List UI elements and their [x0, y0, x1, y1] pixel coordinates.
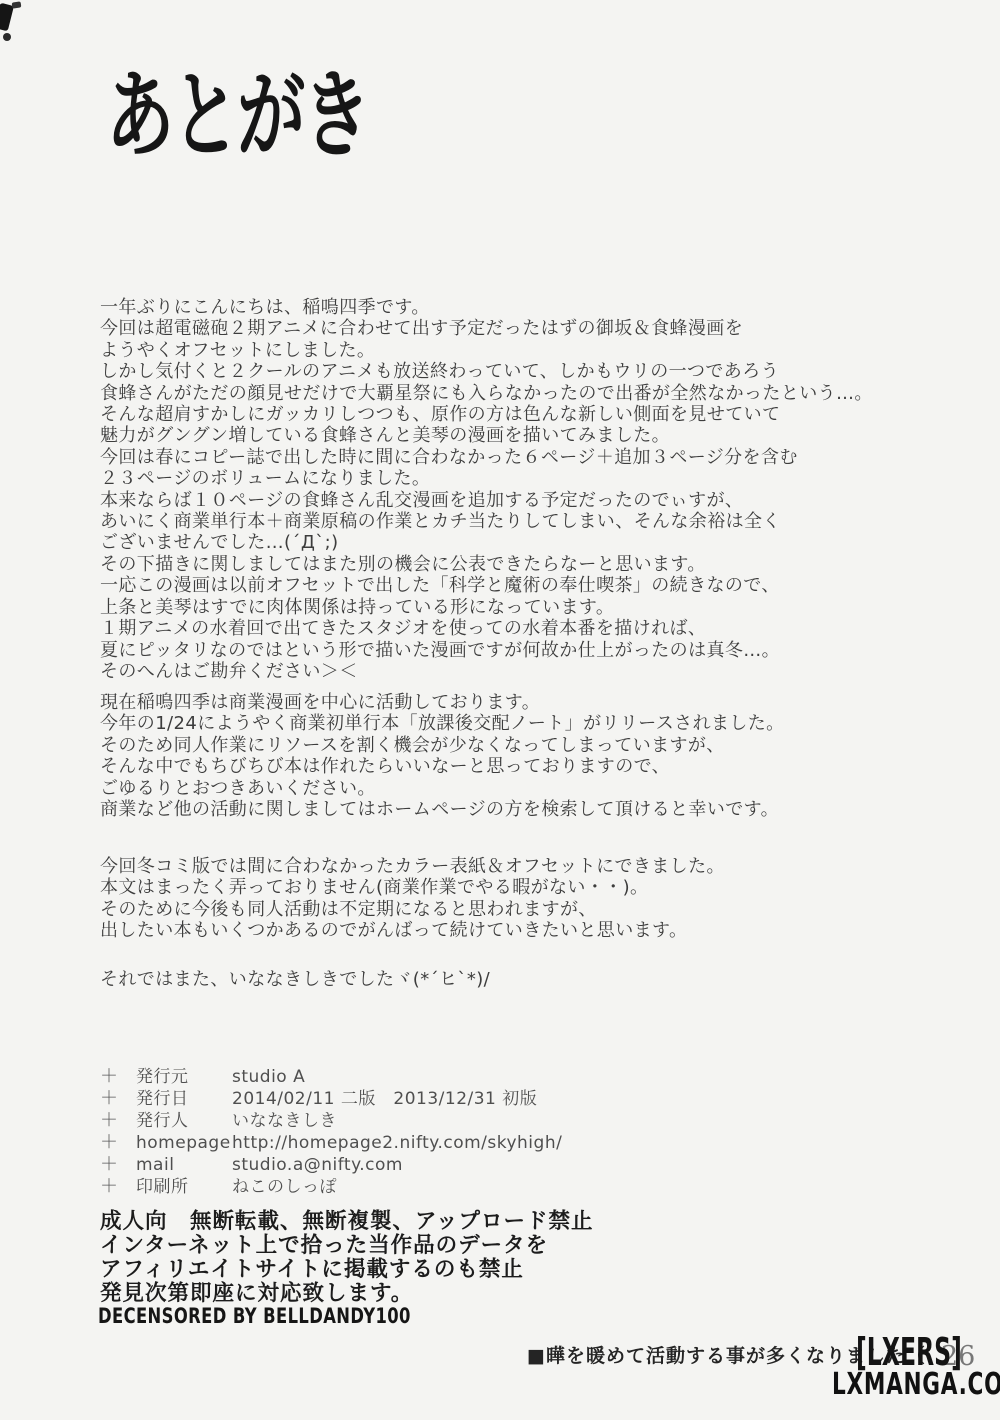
signoff-line: それではまた、いななきしきでしたヾ(*´ヒ`*)/	[100, 969, 960, 990]
colophon-label: homepage	[136, 1132, 232, 1154]
text-line: 魅力がグングン増している食蜂さんと美琴の漫画を描いてみました。	[100, 425, 960, 446]
warning-line: 発見次第即座に対応致します。	[100, 1282, 594, 1306]
text-line: ございませんでした…(´Д`;)	[100, 532, 960, 553]
colophon-row-homepage: ＋ homepage http://homepage2.nifty.com/sk…	[100, 1132, 562, 1154]
text-line: 商業など他の活動に関しましてはホームページの方を検索して頂けると幸いです。	[100, 799, 960, 820]
text-line: その下描きに関しましてはまた別の機会に公表できたらなーと思います。	[100, 554, 960, 575]
scanned-afterword-page: あとがき 一年ぶりにこんにちは、稲鳴四季です。 今回は超電磁砲２期アニメに合わせ…	[0, 0, 1000, 1420]
colophon-label: 発行日	[136, 1088, 232, 1110]
text-line: 上条と美琴はすでに肉体関係は持っている形になっています。	[100, 597, 960, 618]
scan-noise-mark	[12, 1, 22, 8]
afterword-paragraph-1: 一年ぶりにこんにちは、稲鳴四季です。 今回は超電磁砲２期アニメに合わせて出す予定…	[100, 297, 960, 682]
colophon-row-author: ＋ 発行人 いななきしき	[100, 1110, 562, 1132]
text-line: そんな超肩すかしにガッカリしつつも、原作の方は色んな新しい側面を見せていて	[100, 404, 960, 425]
warning-line: 成人向 無断転載、無断複製、アップロード禁止	[100, 1210, 594, 1234]
colophon: ＋ 発行元 studio A ＋ 発行日 2014/02/11 二版 2013/…	[100, 1066, 562, 1198]
text-line: 夏にピッタリなのではという形で描いた漫画ですが何故か仕上がったのは真冬…。	[100, 640, 960, 661]
text-line: 食蜂さんがただの顔見せだけで大覇星祭にも入らなかったので出番が全然なかったという…	[100, 383, 960, 404]
plus-bullet-icon: ＋	[100, 1066, 136, 1088]
text-line: そんな中でもちびちび本は作れたらいいなーと思っておりますので、	[100, 756, 960, 777]
colophon-label: mail	[136, 1154, 232, 1176]
page-title: あとがき	[106, 66, 368, 166]
colophon-row-printer: ＋ 印刷所 ねこのしっぽ	[100, 1176, 562, 1198]
colophon-value: studio A	[232, 1066, 305, 1088]
text-line: 今回冬コミ版では間に合わなかったカラー表紙＆オフセットにできました。	[100, 856, 960, 877]
plus-bullet-icon: ＋	[100, 1110, 136, 1132]
text-line: 一応この漫画は以前オフセットで出した「科学と魔術の奉仕喫茶」の続きなので、	[100, 575, 960, 596]
colophon-row-mail: ＋ mail studio.a@nifty.com	[100, 1154, 562, 1176]
text-line: 一年ぶりにこんにちは、稲鳴四季です。	[100, 297, 960, 318]
text-line: 今回は春にコピー誌で出した時に間に合わなかった６ページ＋追加３ページ分を含む	[100, 447, 960, 468]
plus-bullet-icon: ＋	[100, 1154, 136, 1176]
scan-noise-mark	[3, 33, 11, 41]
text-line: ごゆるりとおつきあいください。	[100, 778, 960, 799]
afterword-paragraph-3: 今回冬コミ版では間に合わなかったカラー表紙＆オフセットにできました。 本文はまっ…	[100, 856, 960, 942]
colophon-label: 発行元	[136, 1066, 232, 1088]
text-line: 現在稲鳴四季は商業漫画を中心に活動しております。	[100, 692, 960, 713]
text-line: そのへんはご勘弁ください＞＜	[100, 661, 960, 682]
text-line: 今回は超電磁砲２期アニメに合わせて出す予定だったはずの御坂＆食蜂漫画を	[100, 318, 960, 339]
text-line: １期アニメの水着回で出てきたスタジオを使っての水着本番を描ければ、	[100, 618, 960, 639]
text-line: 出したい本もいくつかあるのでがんばって続けていきたいと思います。	[100, 920, 960, 941]
colophon-row-publish-date: ＋ 発行日 2014/02/11 二版 2013/12/31 初版	[100, 1088, 562, 1110]
colophon-label: 印刷所	[136, 1176, 232, 1198]
warning-line: アフィリエイトサイトに掲載するのも禁止	[100, 1258, 594, 1282]
text-line: そのために今後も同人活動は不定期になると思われますが、	[100, 899, 960, 920]
colophon-row-publisher: ＋ 発行元 studio A	[100, 1066, 562, 1088]
colophon-value: ねこのしっぽ	[232, 1176, 337, 1198]
text-line: 本文はまったく弄っておりません(商業作業でやる暇がない・・)。	[100, 877, 960, 898]
text-line: 本来ならば１０ページの食蜂さん乱交漫画を追加する予定だったのでぃすが、	[100, 490, 960, 511]
text-line: しかし気付くと２クールのアニメも放送終わっていて、しかもウリの一つであろう	[100, 361, 960, 382]
colophon-label: 発行人	[136, 1110, 232, 1132]
text-line: あいにく商業単行本＋商業原稿の作業とカチ当たりしてしまい、そんな余裕は全く	[100, 511, 960, 532]
plus-bullet-icon: ＋	[100, 1176, 136, 1198]
warning-line: インターネット上で拾った当作品のデータを	[100, 1234, 594, 1258]
colophon-homepage-url: http://homepage2.nifty.com/skyhigh/	[232, 1132, 562, 1154]
text-line: ２３ページのボリュームになりました。	[100, 468, 960, 489]
anti-piracy-warning: 成人向 無断転載、無断複製、アップロード禁止 インターネット上で拾った当作品のデ…	[100, 1210, 594, 1306]
plus-bullet-icon: ＋	[100, 1088, 136, 1110]
colophon-value: いななきしき	[232, 1110, 337, 1132]
text-line: そのため同人作業にリソースを割く機会が少なくなってしまっていますが、	[100, 735, 960, 756]
plus-bullet-icon: ＋	[100, 1132, 136, 1154]
text-line: ようやくオフセットにしました。	[100, 340, 960, 361]
site-watermark: LXMANGA.COM	[832, 1367, 1000, 1402]
text-line: 今年の1/24にようやく商業初単行本「放課後交配ノート」がリリースされました。	[100, 713, 960, 734]
colophon-mail-address: studio.a@nifty.com	[232, 1154, 403, 1176]
afterword-paragraph-2: 現在稲鳴四季は商業漫画を中心に活動しております。 今年の1/24にようやく商業初…	[100, 692, 960, 820]
decensor-credit: DECENSORED BY BELLDANDY100	[98, 1304, 411, 1328]
colophon-value: 2014/02/11 二版 2013/12/31 初版	[232, 1088, 537, 1110]
